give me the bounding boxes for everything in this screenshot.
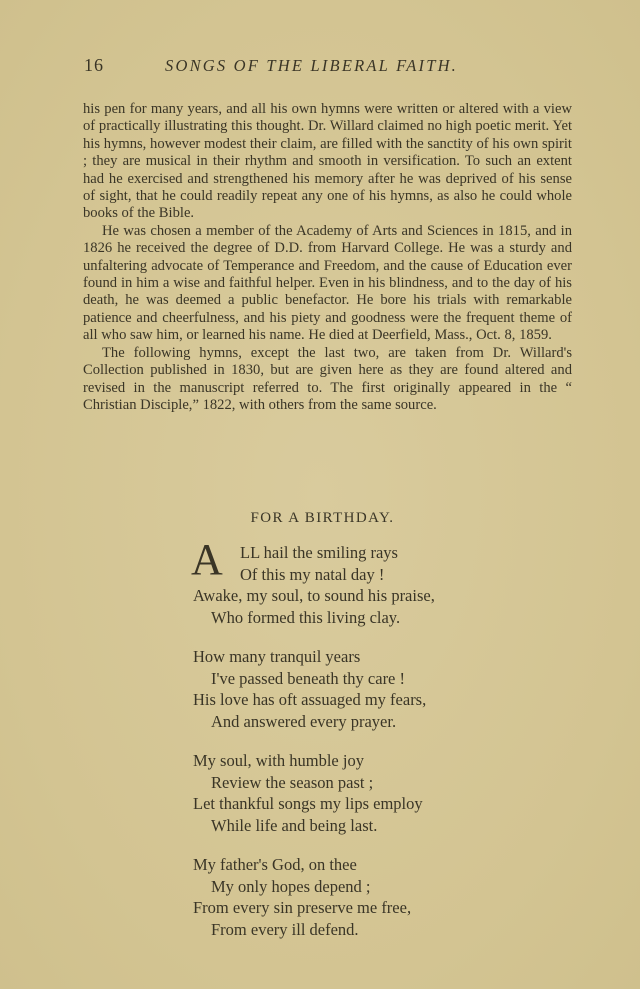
stanza: A LL hail the smiling rays Of this my na…: [193, 542, 435, 628]
line-text: LL hail the smiling rays: [193, 543, 398, 562]
poem-line: Of this my natal day !: [193, 564, 435, 586]
page-number: 16: [84, 55, 104, 76]
poem-line: My only hopes depend ;: [193, 876, 435, 898]
poem-line: I've passed beneath thy care !: [193, 668, 435, 690]
stanza: My soul, with humble joy Review the seas…: [193, 750, 435, 836]
poem: A LL hail the smiling rays Of this my na…: [193, 542, 435, 958]
poem-line: From every sin preserve me free,: [193, 897, 435, 919]
poem-line: Review the season past ;: [193, 772, 435, 794]
hymn-title: FOR A BIRTHDAY.: [0, 510, 640, 527]
poem-line: My soul, with humble joy: [193, 750, 435, 772]
poem-line: While life and being last.: [193, 815, 435, 837]
stanza: My father's God, on thee My only hopes d…: [193, 854, 435, 940]
stanza: How many tranquil years I've passed bene…: [193, 646, 435, 732]
poem-line: His love has oft assuaged my fears,: [193, 689, 435, 711]
page-header: 16 SONGS OF THE LIBERAL FAITH.: [84, 55, 504, 79]
poem-line: Awake, my soul, to sound his praise,: [193, 585, 435, 607]
book-page: 16 SONGS OF THE LIBERAL FAITH. his pen f…: [0, 0, 640, 989]
poem-line: From every ill defend.: [193, 919, 435, 941]
poem-line: Who formed this living clay.: [193, 607, 435, 629]
hymn-title-text: FOR A BIRTHDAY.: [251, 510, 395, 526]
paragraph: his pen for many years, and all his own …: [83, 101, 572, 223]
poem-line: Let thankful songs my lips employ: [193, 793, 435, 815]
body-text: his pen for many years, and all his own …: [83, 101, 572, 414]
running-title: SONGS OF THE LIBERAL FAITH.: [165, 56, 458, 76]
paragraph: The following hymns, except the last two…: [83, 345, 572, 415]
poem-line: And answered every prayer.: [193, 711, 435, 733]
poem-line: A LL hail the smiling rays: [193, 542, 435, 564]
drop-cap: A: [191, 538, 223, 582]
paragraph: He was chosen a member of the Academy of…: [83, 223, 572, 345]
poem-line: How many tranquil years: [193, 646, 435, 668]
poem-line: My father's God, on thee: [193, 854, 435, 876]
